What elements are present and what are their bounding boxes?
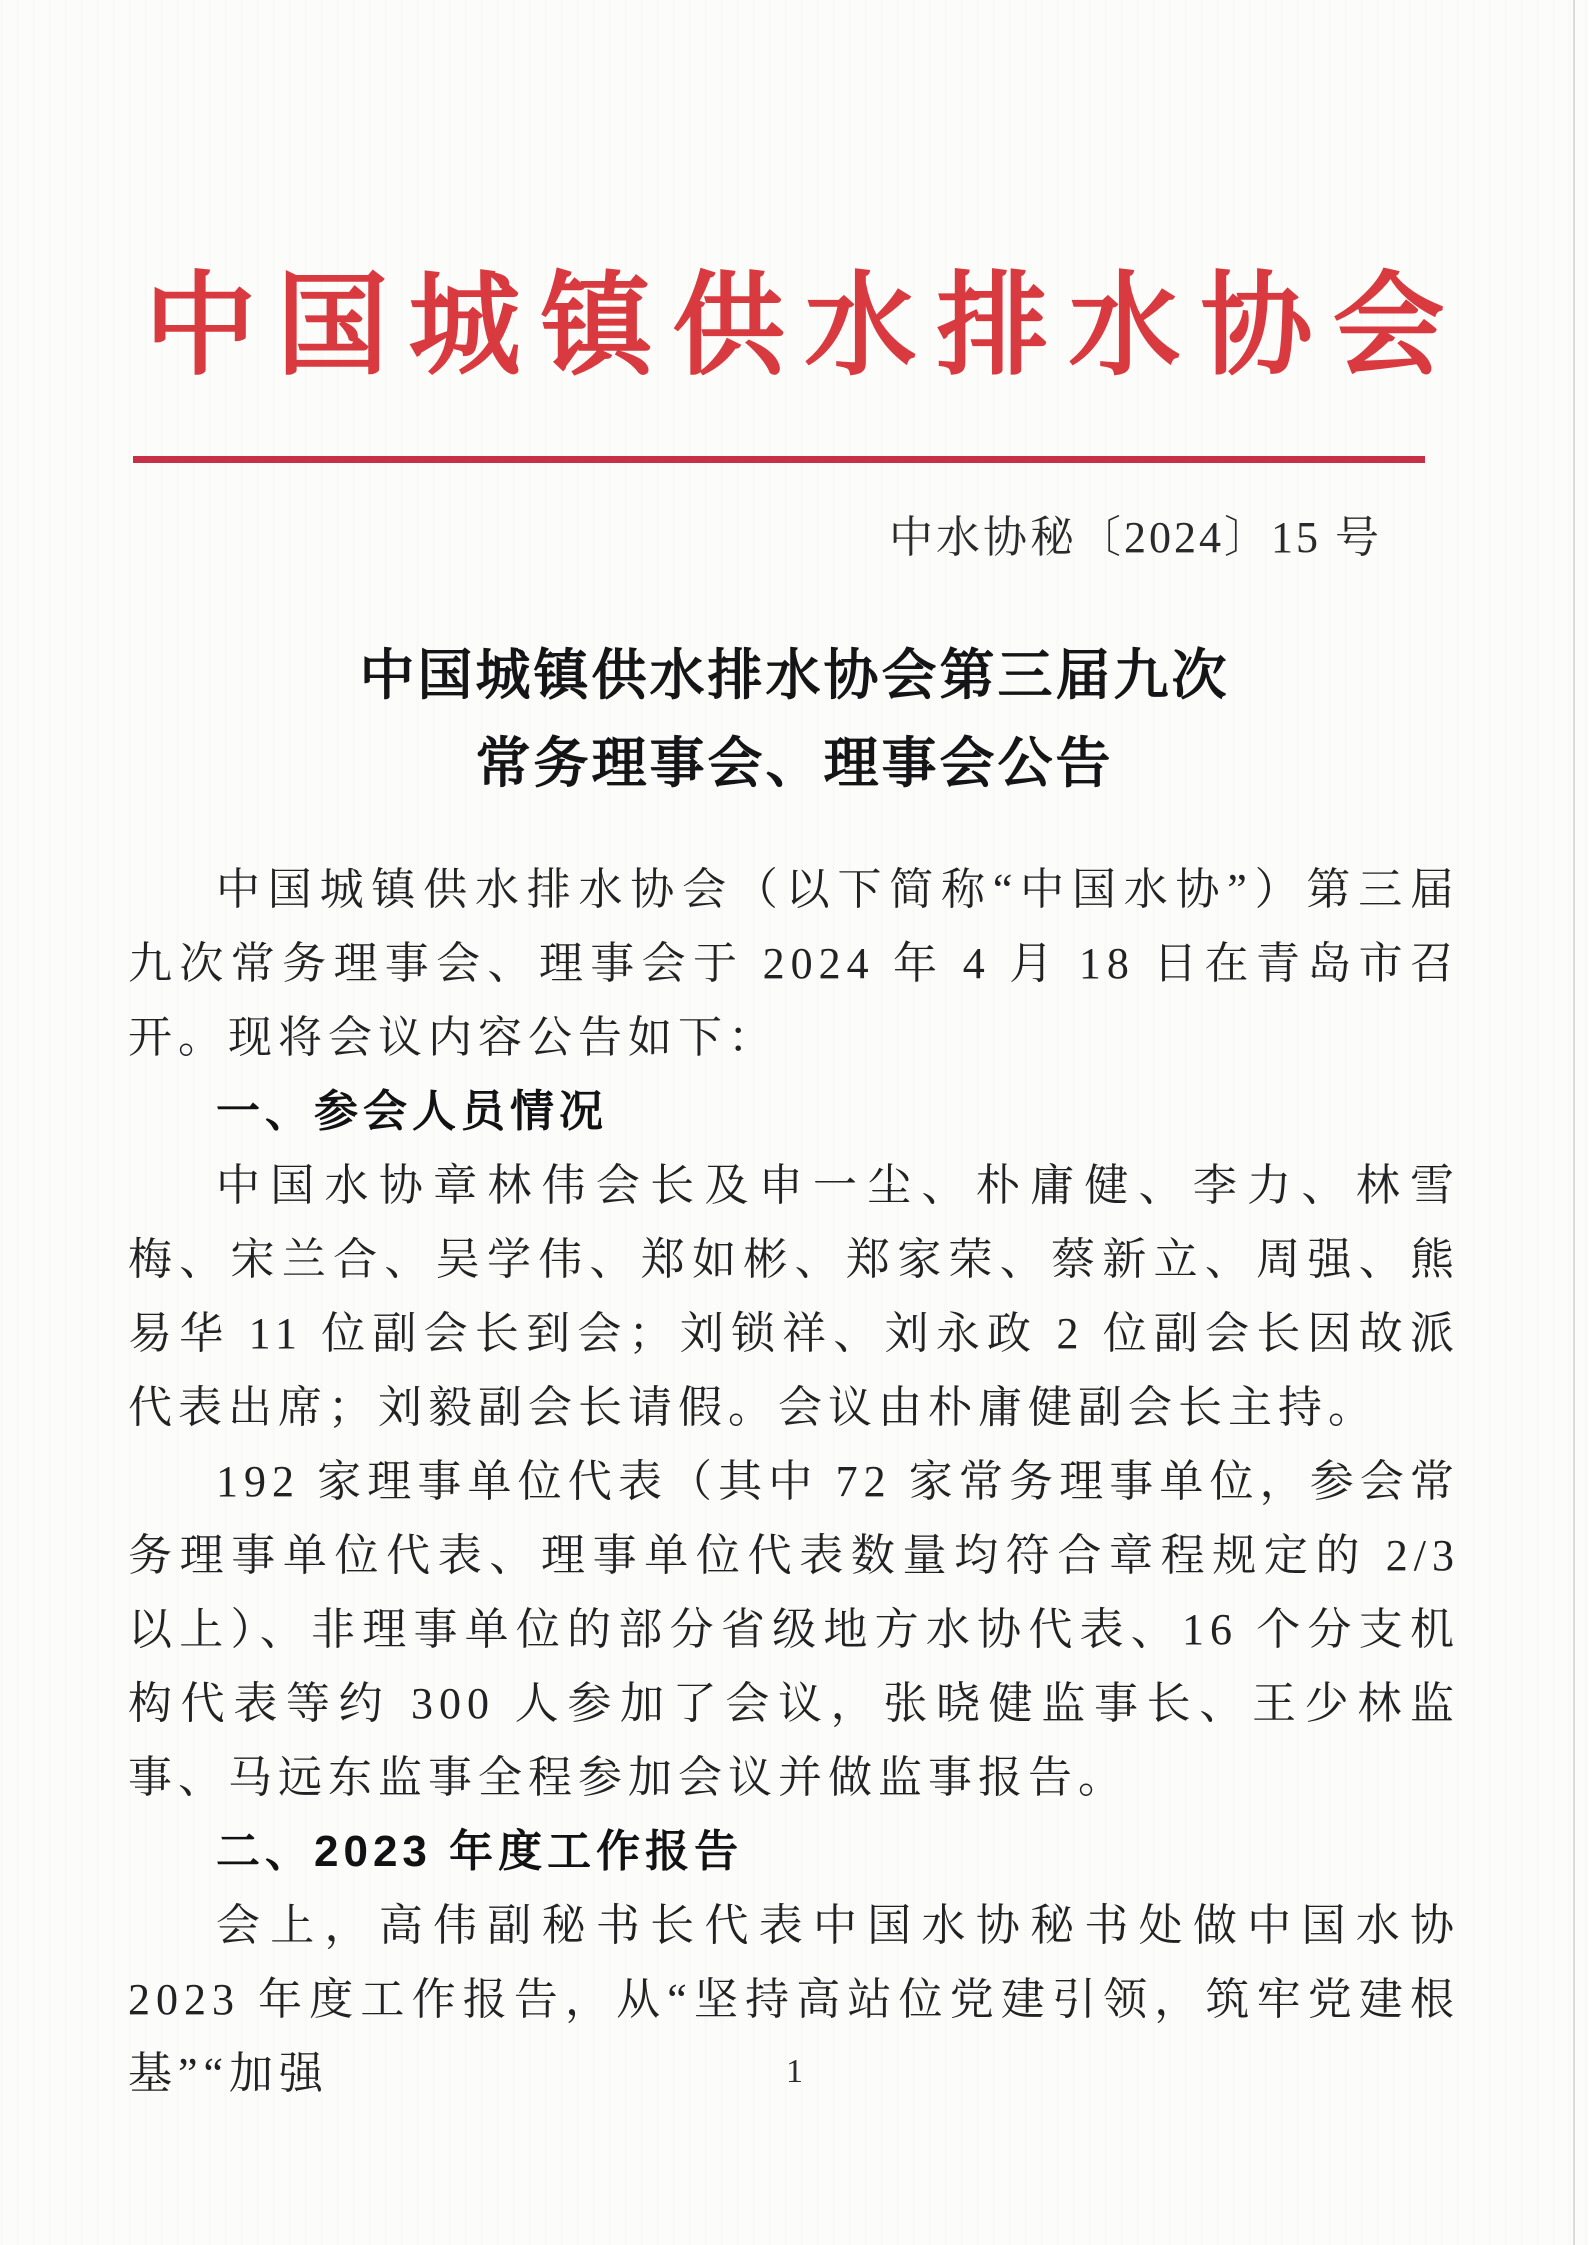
section-heading-1: 一、参会人员情况 bbox=[128, 1075, 1460, 1149]
document-title-line2: 常务理事会、理事会公告 bbox=[0, 720, 1589, 808]
document-title-line1: 中国城镇供水排水协会第三届九次 bbox=[0, 632, 1589, 720]
section-heading-2: 二、2023 年度工作报告 bbox=[128, 1815, 1460, 1889]
page-number: 1 bbox=[0, 2053, 1589, 2091]
document-reference-number: 中水协秘〔2024〕15 号 bbox=[889, 510, 1382, 566]
scanned-official-document-page: { "colors": { "accent_red": "#d93a40", "… bbox=[0, 0, 1589, 2245]
document-body: 中国城镇供水排水协会（以下简称“中国水协”）第三届九次常务理事会、理事会于 20… bbox=[128, 853, 1460, 2111]
paragraph-attendees-units: 192 家理事单位代表（其中 72 家常务理事单位，参会常务理事单位代表、理事单… bbox=[128, 1445, 1460, 1815]
paragraph-attendees-leaders: 中国水协章林伟会长及申一尘、朴庸健、李力、林雪梅、宋兰合、吴学伟、郑如彬、郑家荣… bbox=[128, 1149, 1460, 1445]
paragraph-intro: 中国城镇供水排水协会（以下简称“中国水协”）第三届九次常务理事会、理事会于 20… bbox=[128, 853, 1460, 1075]
document-title: 中国城镇供水排水协会第三届九次 常务理事会、理事会公告 bbox=[0, 632, 1589, 808]
letterhead-divider-rule bbox=[133, 456, 1425, 463]
organization-letterhead-title: 中国城镇供水排水协会 bbox=[0, 252, 1589, 402]
